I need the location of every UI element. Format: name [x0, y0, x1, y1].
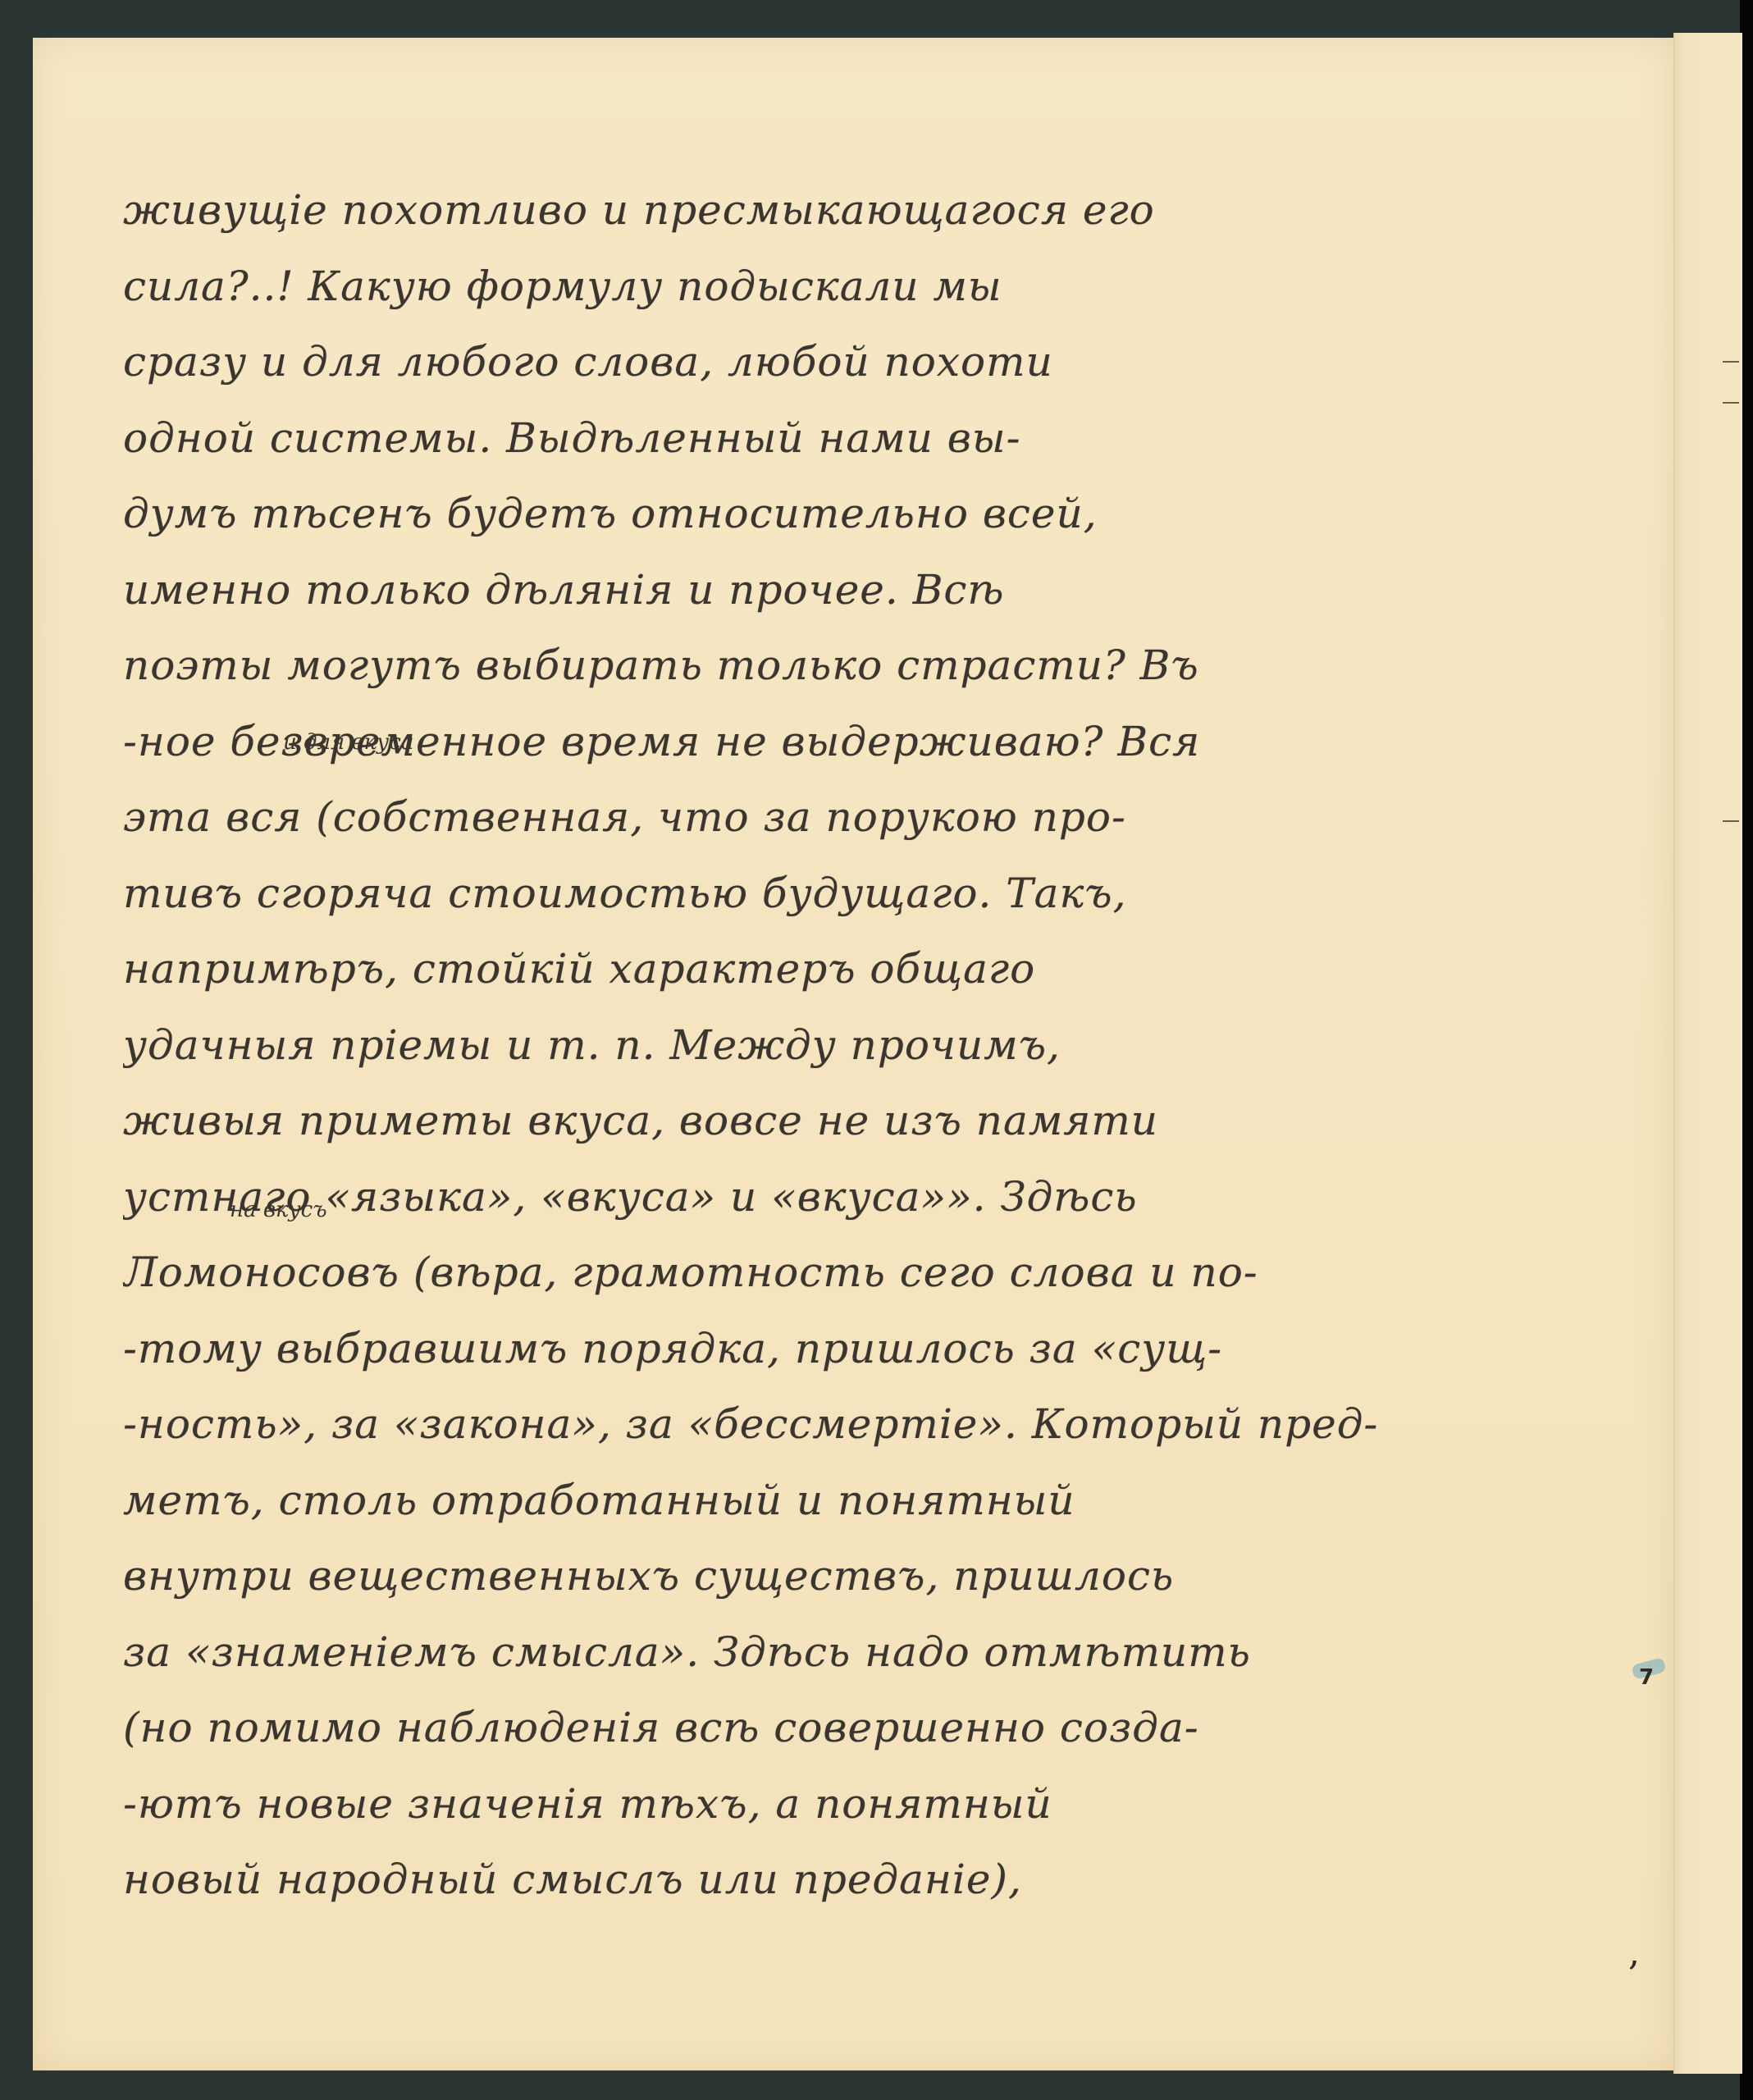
text-line: сила?..! Какую формулу подыскали мы [123, 249, 1682, 325]
text-line: за «знаменіемъ смысла». Здѣсь надо отмѣт… [123, 1614, 1682, 1691]
interlinear-insertion: на вкусъ [230, 1198, 327, 1222]
text-line: внутри вещественныхъ существъ, пришлось [123, 1538, 1682, 1614]
trailing-punctuation: , [1628, 1932, 1640, 1974]
text-line: эта вся (собственная, что за порукою про… [123, 779, 1682, 856]
fold-mark [1723, 361, 1739, 363]
fold-mark [1723, 402, 1739, 404]
text-line: устнаго «языка», «вкуса» и «вкуса»». Здѣ… [123, 1159, 1682, 1235]
interlinear-insertion: и для вкуса [283, 730, 413, 755]
text-line: удачныя пріемы и т. п. Между прочимъ, [123, 1007, 1682, 1084]
text-line: тивъ сгоряча стоимостью будущаго. Такъ, [123, 856, 1682, 932]
page-number: 7 [1639, 1665, 1654, 1690]
text-line: -ность», за «закона», за «бессмертіе». К… [123, 1386, 1682, 1463]
fold-mark [1723, 820, 1739, 822]
text-line: метъ, столь отработанный и понятный [123, 1463, 1682, 1539]
handwritten-text-block: живущіе похотливо и пресмыкающагося его … [123, 172, 1682, 1918]
text-line: -ютъ новые значенія тѣхъ, а понятный [123, 1766, 1682, 1842]
text-line: поэты могутъ выбирать только страсти? Въ [123, 628, 1682, 704]
text-line: новый народный смыслъ или преданіе), [123, 1842, 1682, 1918]
text-line: Ломоносовъ (вѣра, грамотность сего слова… [123, 1235, 1682, 1311]
text-line: живущіе похотливо и пресмыкающагося его [123, 172, 1682, 249]
page-fold [1673, 33, 1742, 2074]
text-line: -тому выбравшимъ порядка, пришлось за «с… [123, 1311, 1682, 1387]
text-line: одной системы. Выдѣленный нами вы- [123, 400, 1682, 477]
text-line: думъ тѣсенъ будетъ относительно всей, [123, 476, 1682, 552]
text-line: живыя приметы вкуса, вовсе не изъ памяти [123, 1083, 1682, 1159]
text-line: (но помимо наблюденія всѣ совершенно соз… [123, 1690, 1682, 1766]
text-line: напримѣръ, стойкій характеръ общаго [123, 931, 1682, 1007]
text-line: сразу и для любого слова, любой похоти [123, 324, 1682, 400]
text-line: именно только дѣлянія и прочее. Всѣ [123, 552, 1682, 628]
